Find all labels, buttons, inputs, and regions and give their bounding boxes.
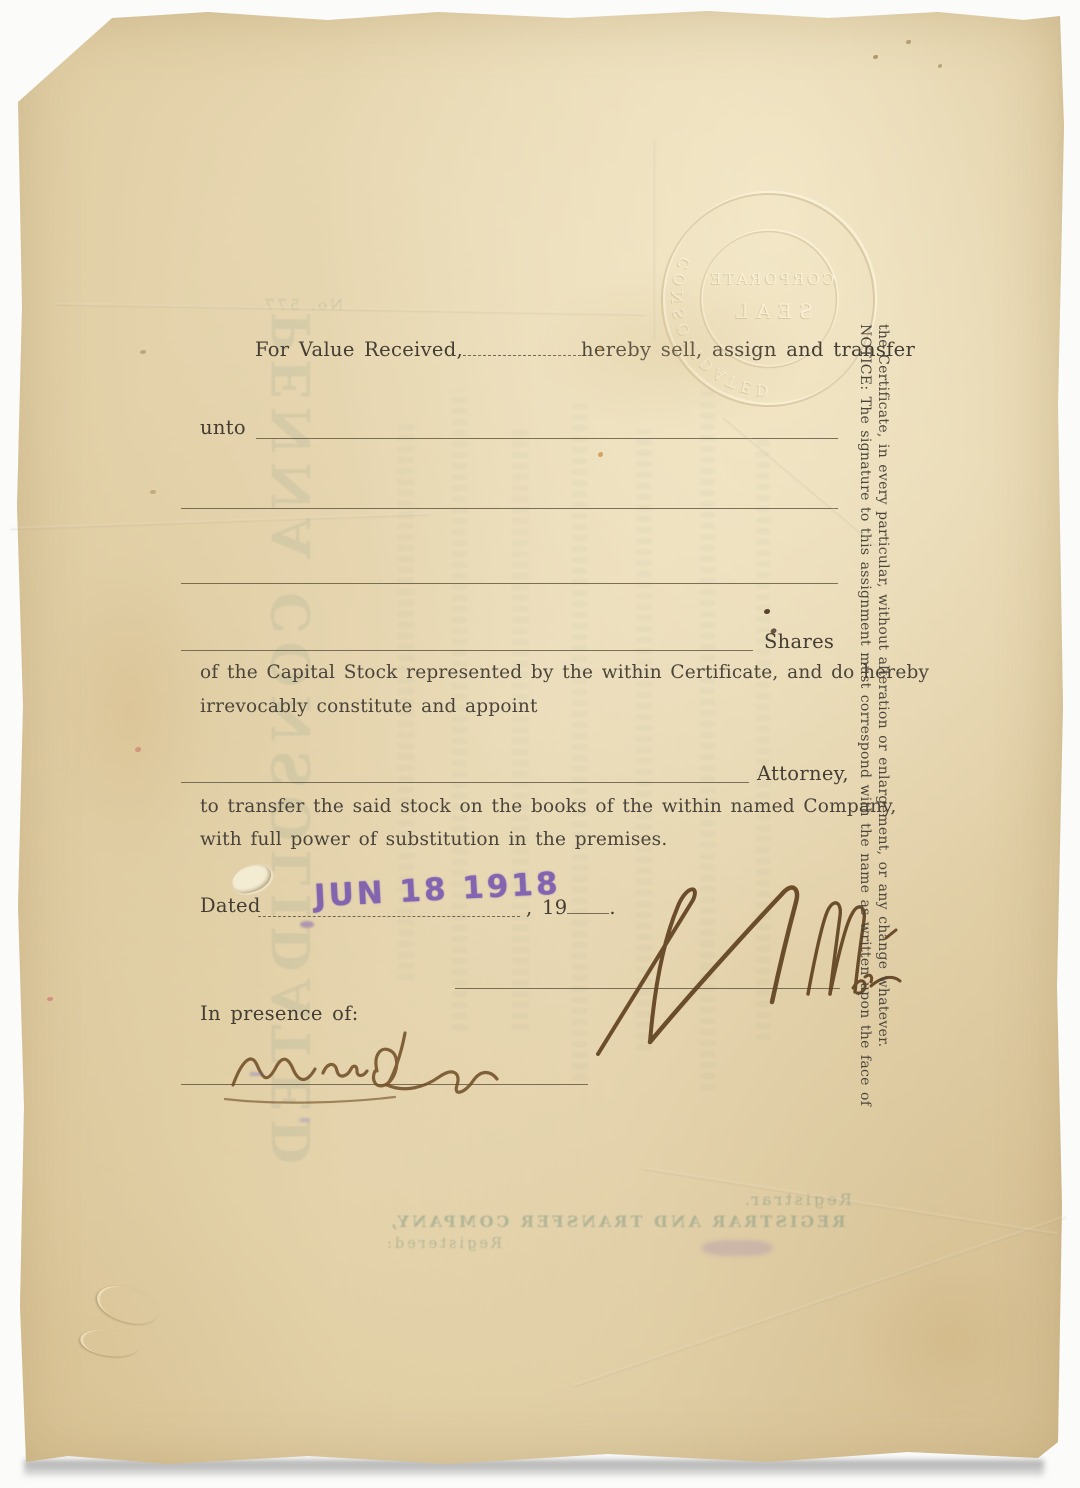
stamp-ink-smudge — [300, 921, 314, 928]
notice-line1: NOTICE: The signature to this assignment… — [856, 324, 874, 1118]
seal-center-line2: SEAL — [729, 299, 813, 323]
notice-line2: the Certificate, in every particular, wi… — [874, 324, 892, 1118]
notice-text: NOTICE: The signature to this assignment… — [856, 324, 892, 1118]
certificate-back-paper — [8, 6, 1068, 1472]
signature-witness — [215, 1025, 575, 1115]
signature-stockholder — [560, 882, 860, 1072]
scanned-certificate-back: No. 577 PENNA CONSOLIDATED Registrar. RE… — [0, 0, 1080, 1488]
seal-center-line1: CORPORATE — [708, 270, 835, 288]
